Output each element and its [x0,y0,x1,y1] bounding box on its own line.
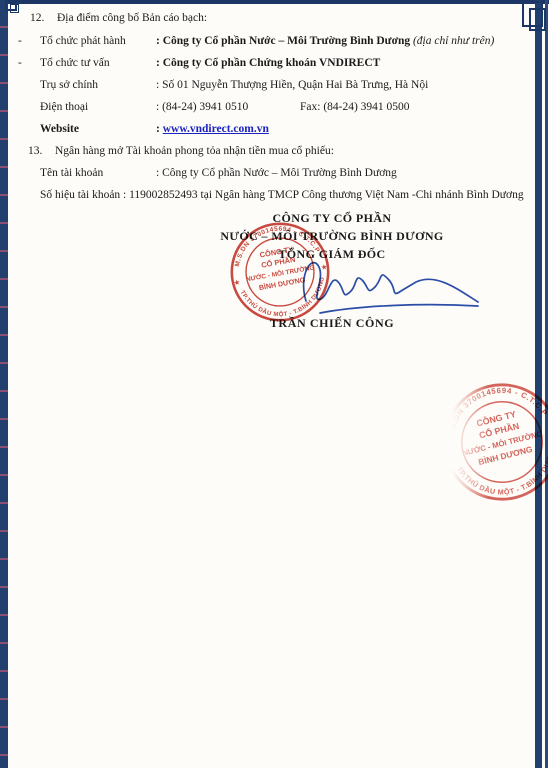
company-seal: M.S.DN 3700145694 - C.T.C.P TP.THỦ DẦU M… [212,204,349,341]
phone-label: Điện thoại [40,100,88,115]
advisor-value: : Công ty Cổ phần Chứng khoán VNDIRECT [156,56,380,71]
item-12-number: 12. [30,11,44,26]
partial-company-seal: M.S.DN 3700145694 - C.T.C.P TP.THỦ DẦU M… [452,380,548,508]
website-colon: : [156,123,163,135]
bullet-dash: - [18,34,22,49]
address-label: Trụ sở chính [40,78,98,93]
account-name-label: Tên tài khoản [40,166,103,181]
account-name-value: : Công ty Cổ phần Nước – Môi Trường Bình… [156,166,397,181]
scan-border-left [0,0,8,768]
item-13-title: Ngân hàng mở Tài khoản phong tỏa nhận ti… [55,144,334,159]
address-value: : Số 01 Nguyễn Thượng Hiền, Quận Hai Bà … [156,78,428,93]
bullet-dash: - [18,56,22,71]
account-number-line: Số hiệu tài khoản : 119002852493 tại Ngâ… [40,188,524,203]
phone-value: : (84-24) 3941 0510 [156,100,248,115]
fax-value: Fax: (84-24) 3941 0500 [300,100,410,115]
issuer-note: (địa chỉ như trên) [410,35,494,47]
registration-mark-top-right-inner [529,8,546,31]
item-12-title: Địa điểm công bố Bản cáo bạch: [57,11,207,26]
website-label: Website [40,122,79,137]
scan-border-top [0,0,549,4]
issuer-value: : Công ty Cổ phần Nước – Môi Trường Bình… [156,35,410,47]
advisor-label: Tổ chức tư vấn [40,56,110,71]
issuer-label: Tổ chức phát hành [40,34,126,49]
registration-mark-top-left-inner [10,4,19,13]
seal-star-left-icon: ★ [233,279,241,287]
item-13-number: 13. [28,144,42,159]
website-link[interactable]: www.vndirect.com.vn [163,123,269,135]
